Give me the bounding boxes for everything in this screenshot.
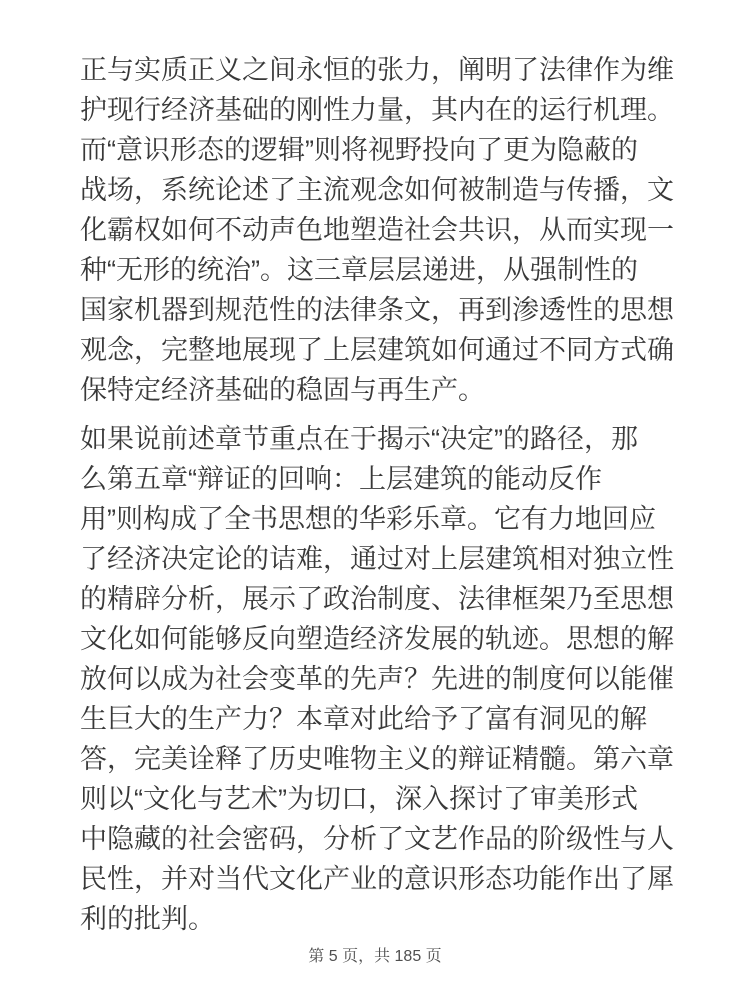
text-line: 答，完美诠释了历史唯物主义的辩证精髓。第六章 xyxy=(80,739,680,779)
page-number-indicator: 第 5 页，共 185 页 xyxy=(308,948,441,965)
text-line: 则以“文化与艺术”为切口，深入探讨了审美形式 xyxy=(80,779,680,819)
text-line: 战场，系统论述了主流观念如何被制造与传播，文 xyxy=(80,170,680,210)
text-line: 民性，并对当代文化产业的意识形态功能作出了犀 xyxy=(80,859,680,899)
text-line: 如果说前述章节重点在于揭示“决定”的路径，那 xyxy=(80,419,680,459)
text-line: 观念，完整地展现了上层建筑如何通过不同方式确 xyxy=(80,330,680,370)
text-line: 么第五章“辩证的回响：上层建筑的能动反作 xyxy=(80,459,680,499)
text-line: 种“无形的统治”。这三章层层递进，从强制性的 xyxy=(80,250,680,290)
text-line: 而“意识形态的逻辑”则将视野投向了更为隐蔽的 xyxy=(80,130,680,170)
document-page: 正与实质正义之间永恒的张力，阐明了法律作为维 护现行经济基础的刚性力量，其内在的… xyxy=(0,0,750,1000)
page-footer: 第 5 页，共 185 页 xyxy=(0,948,750,966)
text-line: 用”则构成了全书思想的华彩乐章。它有力地回应 xyxy=(80,499,680,539)
text-line: 护现行经济基础的刚性力量，其内在的运行机理。 xyxy=(80,90,680,130)
text-line: 文化如何能够反向塑造经济发展的轨迹。思想的解 xyxy=(80,619,680,659)
text-line: 利的批判。 xyxy=(80,899,680,939)
text-line: 化霸权如何不动声色地塑造社会共识，从而实现一 xyxy=(80,210,680,250)
text-line: 了经济决定论的诘难，通过对上层建筑相对独立性 xyxy=(80,539,680,579)
paragraph: 正与实质正义之间永恒的张力，阐明了法律作为维 护现行经济基础的刚性力量，其内在的… xyxy=(80,50,680,410)
text-line: 保特定经济基础的稳固与再生产。 xyxy=(80,370,680,410)
paragraph: 如果说前述章节重点在于揭示“决定”的路径，那 么第五章“辩证的回响：上层建筑的能… xyxy=(80,419,680,939)
text-line: 国家机器到规范性的法律条文，再到渗透性的思想 xyxy=(80,290,680,330)
document-body-text: 正与实质正义之间永恒的张力，阐明了法律作为维 护现行经济基础的刚性力量，其内在的… xyxy=(80,50,680,939)
text-line: 的精辟分析，展示了政治制度、法律框架乃至思想 xyxy=(80,579,680,619)
text-line: 生巨大的生产力？本章对此给予了富有洞见的解 xyxy=(80,699,680,739)
text-line: 正与实质正义之间永恒的张力，阐明了法律作为维 xyxy=(80,50,680,90)
text-line: 放何以成为社会变革的先声？先进的制度何以能催 xyxy=(80,659,680,699)
text-line: 中隐藏的社会密码，分析了文艺作品的阶级性与人 xyxy=(80,819,680,859)
